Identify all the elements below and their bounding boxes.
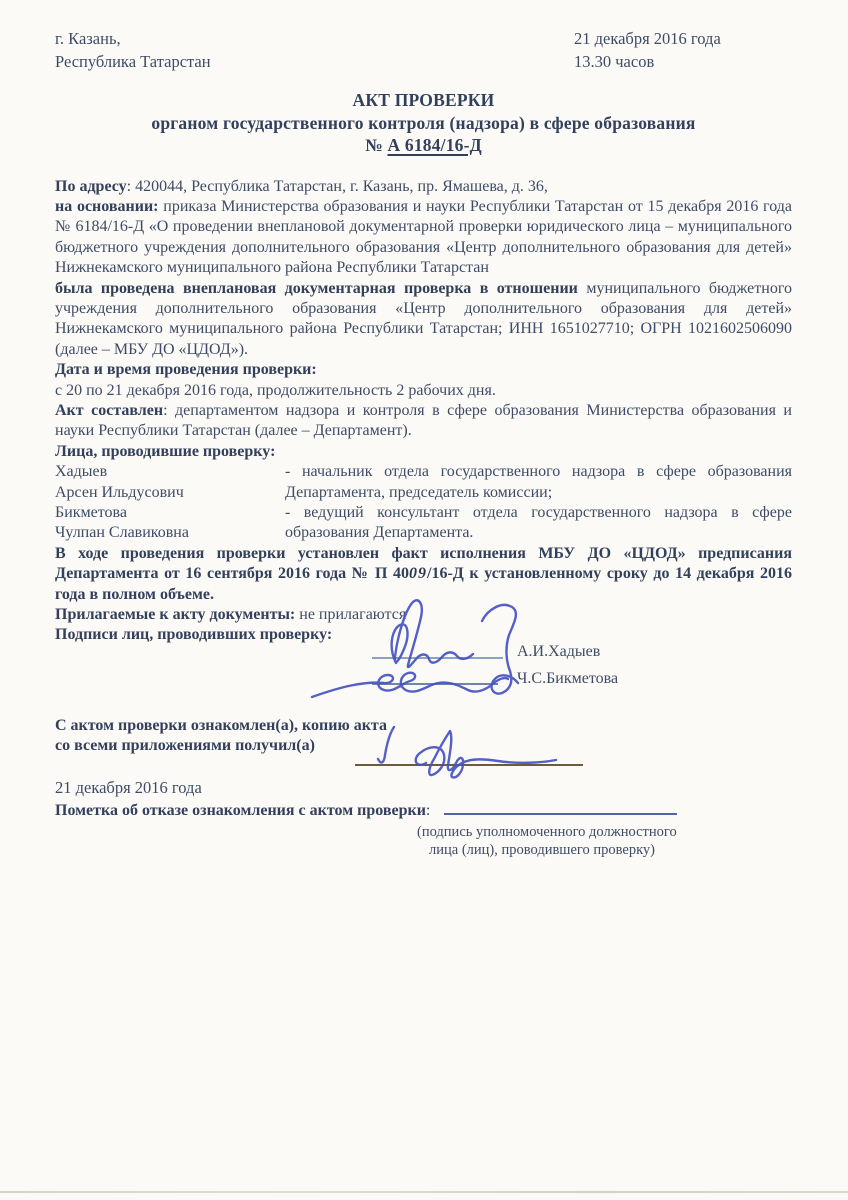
document-title: АКТ ПРОВЕРКИ органом государственного ко… [55, 89, 792, 157]
signer2-name: Ч.С.Бикметова [517, 669, 618, 689]
paragraph-conducted: была проведена внеплановая документарная… [55, 279, 792, 361]
persons-label: Лица, проводившие проверку: [55, 443, 275, 460]
title-line2: органом государственного контроля (надзо… [55, 112, 792, 135]
paragraph-address: По адресу: 420044, Республика Татарстан,… [55, 177, 792, 197]
refusal-blank-line [444, 798, 677, 815]
header-place: г. Казань, Республика Татарстан [55, 28, 211, 73]
inspector-given-name: Арсен Ильдусович [55, 483, 285, 503]
attachments-label: Прилагаемые к акту документы: [55, 606, 295, 623]
inspector-row: Хадыев Арсен Ильдусович - начальник отде… [55, 462, 792, 503]
inspector-given-name: Чулпан Славиковна [55, 523, 285, 543]
ack-line2: со всеми приложениями получил(а) [55, 736, 792, 756]
caption-line2: лица (лиц), проводившего проверку) [417, 842, 667, 860]
paragraph-attachments: Прилагаемые к акту документы: не прилага… [55, 605, 792, 625]
handwritten-number: 09 [409, 565, 427, 582]
signatures-label: Подписи лиц, проводивших проверку: [55, 626, 332, 643]
composed-label: Акт составлен [55, 402, 163, 419]
header-time: 13.30 часов [574, 51, 792, 74]
basis-label: на основании: [55, 198, 159, 215]
recipient-signature-block [55, 757, 792, 778]
inspector-surname: Хадыев [55, 462, 285, 482]
signature-line-2 [372, 683, 498, 685]
title-number-prefix: № [365, 135, 387, 155]
scan-edge-artifact [0, 1191, 848, 1193]
basis-text: приказа Министерства образования и науки… [55, 198, 792, 276]
signer1-name: А.И.Хадыев [517, 642, 600, 662]
paragraph-datetime-label: Дата и время проведения проверки: [55, 360, 792, 380]
paragraph-composed: Акт составлен: департаментом надзора и к… [55, 401, 792, 442]
paragraph-basis: на основании: приказа Министерства образ… [55, 197, 792, 279]
inspector-name: Бикметова Чулпан Славиковна [55, 503, 285, 544]
inspector-role: - ведущий консультант отдела государстве… [285, 503, 792, 544]
paragraph-refusal: Пометка об отказе ознакомления с актом п… [55, 798, 792, 821]
recipient-signature-line [355, 764, 583, 766]
acknowledgement-block: С актом проверки ознакомлен(а), копию ак… [55, 716, 792, 757]
title-number: А 6184/16-Д [387, 135, 481, 155]
inspector-surname: Бикметова [55, 503, 285, 523]
scanned-document-page: г. Казань, Республика Татарстан 21 декаб… [0, 0, 848, 1200]
address-text: : 420044, Республика Татарстан, г. Казан… [127, 178, 548, 195]
title-line1: АКТ ПРОВЕРКИ [55, 89, 792, 112]
refusal-label: Пометка об отказе ознакомления с актом п… [55, 802, 426, 819]
datetime-label: Дата и время проведения проверки: [55, 361, 317, 378]
paragraph-result: В ходе проведения проверки установлен фа… [55, 544, 792, 605]
ack-line1: С актом проверки ознакомлен(а), копию ак… [55, 716, 792, 736]
inspector-role: - начальник отдела государственного надз… [285, 462, 792, 503]
signature-line-1 [372, 657, 503, 659]
header-place-line2: Республика Татарстан [55, 51, 211, 74]
composed-text: : департаментом надзора и контроля в сфе… [55, 402, 792, 439]
paragraph-signatures-label: Подписи лиц, проводивших проверку: [55, 625, 792, 645]
inspector-name: Хадыев Арсен Ильдусович [55, 462, 285, 503]
conducted-label: была проведена внеплановая документарная… [55, 280, 578, 297]
acknowledgement-date: 21 декабря 2016 года [55, 778, 792, 798]
document-body: По адресу: 420044, Республика Татарстан,… [55, 177, 792, 860]
header-date: 21 декабря 2016 года [574, 28, 792, 51]
inspector-row: Бикметова Чулпан Славиковна - ведущий ко… [55, 503, 792, 544]
document-content: г. Казань, Республика Татарстан 21 декаб… [0, 0, 848, 859]
paragraph-datetime-value: с 20 по 21 декабря 2016 года, продолжите… [55, 381, 792, 401]
title-number-line: № А 6184/16-Д [55, 134, 792, 157]
attachments-text: не прилагаются [295, 606, 406, 623]
caption-line1: (подпись уполномоченного должностного [417, 824, 667, 842]
datetime-text: с 20 по 21 декабря 2016 года, продолжите… [55, 382, 496, 399]
refusal-colon: : [426, 802, 430, 819]
address-label: По адресу [55, 178, 127, 195]
header-place-line1: г. Казань, [55, 28, 211, 51]
signatures-block: А.И.Хадыев Ч.С.Бикметова [55, 646, 792, 716]
signature-caption: (подпись уполномоченного должностного ли… [417, 824, 667, 859]
paragraph-persons-label: Лица, проводившие проверку: [55, 442, 792, 462]
document-header: г. Казань, Республика Татарстан 21 декаб… [55, 28, 792, 73]
header-datetime: 21 декабря 2016 года 13.30 часов [574, 28, 792, 73]
